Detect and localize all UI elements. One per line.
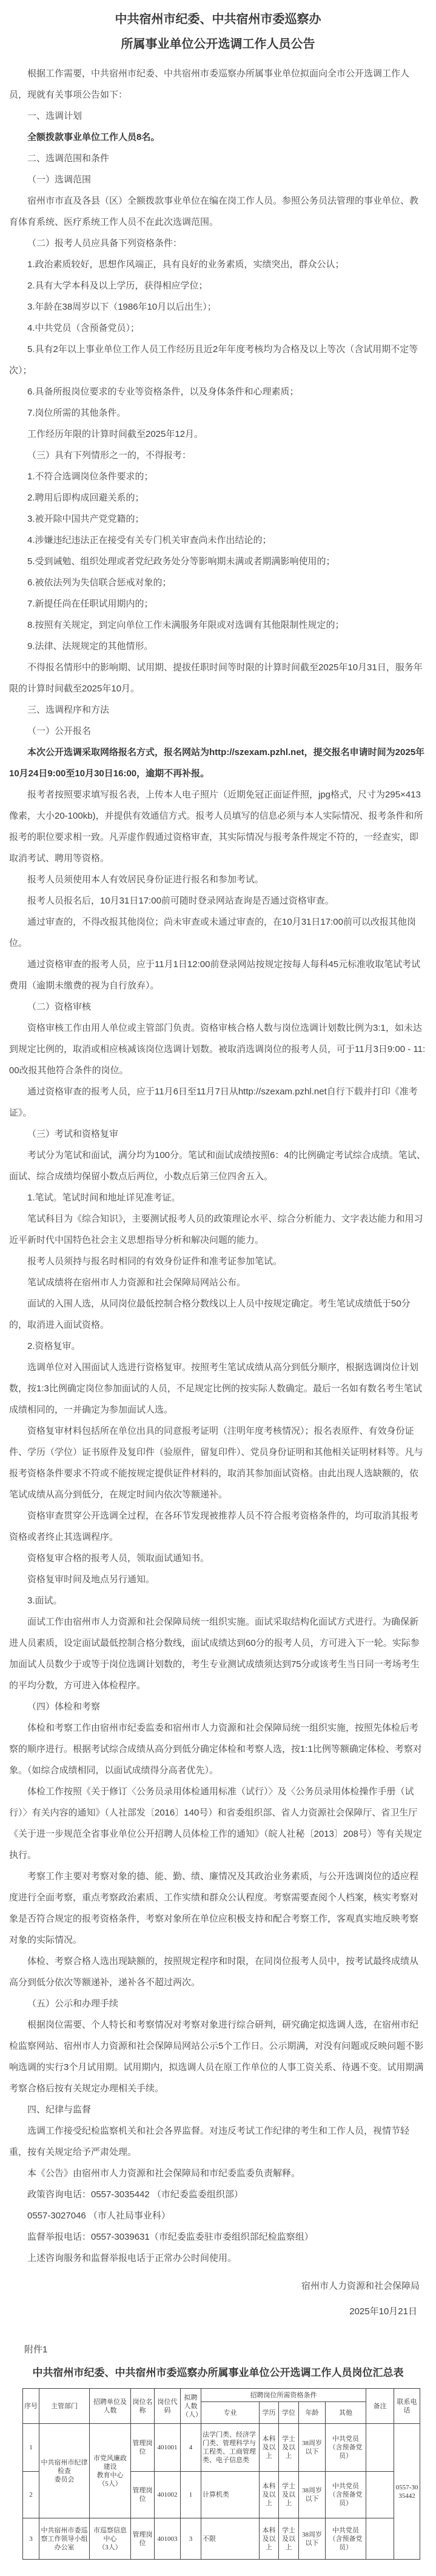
table-cell: 管理岗位 bbox=[131, 2518, 155, 2560]
paragraph: 资格复审时间及地点另行通知。 bbox=[9, 1569, 427, 1590]
paragraph: 资格审查贯穿公开选调全过程，在各环节发现被推荐人员不符合报考资格条件的，均可取消… bbox=[9, 1505, 427, 1548]
attachment-label: 附件1 bbox=[9, 2343, 427, 2355]
paragraph: 上述咨询服务和监督举报电话于正常办公时间使用。 bbox=[9, 2248, 427, 2269]
table-cell: 2 bbox=[23, 2472, 39, 2518]
paragraph: 宿州市市直及各县（区）全额拨款事业单位在编在岗工作人员。参照公务员法管理的事业单… bbox=[9, 190, 427, 233]
positions-table-title: 中共宿州市纪委、中共宿州市委巡察办所属事业单位公开选调工作人员岗位汇总表 bbox=[9, 2365, 427, 2381]
table-cell bbox=[366, 2518, 394, 2560]
table-cell: 中共党员（含预备党员） bbox=[326, 2424, 366, 2472]
table-cell: 中共党员（含预备党员） bbox=[326, 2518, 366, 2560]
table-cell: 本科及以上 bbox=[260, 2518, 279, 2560]
table-cell: 计算机类 bbox=[201, 2472, 260, 2518]
paragraph: 报考人员须使用本人有效居民身份证进行报名和参加考试。 bbox=[9, 869, 427, 890]
paragraph: （二）资格审核 bbox=[9, 996, 427, 1017]
table-cell: 38周岁以下 bbox=[299, 2472, 326, 2518]
paragraph: 5.受到诫勉、组织处理或者党纪政务处分等影响期未满或者期满影响使用的； bbox=[9, 551, 427, 572]
table-cell: 1 bbox=[181, 2472, 201, 2518]
col-header-degree: 学位 bbox=[279, 2402, 299, 2424]
col-header-post-code: 岗位代码 bbox=[155, 2389, 181, 2424]
paragraph: 2.资格复审。 bbox=[9, 1336, 427, 1357]
table-cell: 4 bbox=[181, 2424, 201, 2472]
table-cell: 本科及以上 bbox=[260, 2424, 279, 2472]
paragraph: 3.年龄在38周岁以下（1986年10月以后出生）； bbox=[9, 296, 427, 318]
paragraph: 报考人员须持与报名时相同的有效身份证件和准考证参加笔试。 bbox=[9, 1251, 427, 1272]
table-cell: 401001 bbox=[155, 2424, 181, 2472]
paragraph: 选调工作接受纪检监察机关和社会各界监督。对违反考试工作纪律的考生和工作人员，视情… bbox=[9, 2120, 427, 2163]
positions-table: 序号 主管部门 招聘单位及人数 岗位名称 岗位代码 拟聘人数（人） 招聘岗位所需… bbox=[22, 2388, 420, 2560]
page-title-line1: 中共宿州市纪委、中共宿州市委巡察办 bbox=[115, 13, 321, 26]
table-cell: 38周岁以下 bbox=[299, 2518, 326, 2560]
col-header-remark: 备注 bbox=[366, 2389, 394, 2424]
paragraph: 3.面试。 bbox=[9, 1590, 427, 1611]
paragraph: 不得报名情形中的影响期、试用期、提拔任职时间等时限的计算时间截至2025年10月… bbox=[9, 657, 427, 699]
col-header-dept: 主管部门 bbox=[39, 2389, 90, 2424]
paragraph: 8.按照有关规定，到定向单位工作未满服务年限或对选调有其他限制性规定的； bbox=[9, 614, 427, 636]
table-cell: 学士及以上 bbox=[279, 2472, 299, 2518]
paragraph: 报考者按照要求填写报名表，上传本人电子照片（近期免冠正面证件照，jpg格式，尺寸… bbox=[9, 784, 427, 869]
paragraph: 6.具备所报岗位要求的专业等资格条件，以及身体条件和心理素质； bbox=[9, 381, 427, 402]
paragraph: 二、选调范围和条件 bbox=[9, 148, 427, 169]
table-cell: 中共宿州市委巡察工作领导小组办公室 bbox=[39, 2518, 90, 2560]
table-cell: 学士及以上 bbox=[279, 2424, 299, 2472]
paragraph: 通过资格审查的报考人员，应于11月1日12:00前登录网站按规定按每人每科45元… bbox=[9, 954, 427, 996]
paragraph: 三、选调程序和方法 bbox=[9, 699, 427, 721]
table-cell: 中共党员（含预备党员） bbox=[326, 2472, 366, 2518]
paragraph: 根据岗位需要、个人特长和考察情况对考察对象进行综合研判，研究确定拟选调人选，在宿… bbox=[9, 2014, 427, 2099]
paragraph: 4.中共党员（含预备党员）； bbox=[9, 318, 427, 339]
table-cell bbox=[366, 2472, 394, 2518]
paragraph: 本次公开选调采取网络报名方式，报名网站为http://szexam.pzhl.n… bbox=[9, 742, 427, 784]
table-cell: 0557-3035442 bbox=[394, 2424, 420, 2560]
table-cell: 38周岁以下 bbox=[299, 2424, 326, 2472]
col-header-unit: 招聘单位及人数 bbox=[90, 2389, 131, 2424]
paragraph: 5.具有2年以上事业单位工作人员工作经历且近2年年度考核均为合格及以上等次（含试… bbox=[9, 339, 427, 381]
paragraph: 面试工作由宿州市人力资源和社会保障局统一组织实施。面试采取结构化面试方式进行。为… bbox=[9, 1611, 427, 1696]
table-row: 3中共宿州市委巡察工作领导小组办公室市巡察信息中心 （3人）管理岗位401003… bbox=[23, 2518, 420, 2560]
paragraph: （五）公示和办理手续 bbox=[9, 1993, 427, 2014]
paragraph: 一、选调计划 bbox=[9, 105, 427, 127]
paragraph: （四）体检和考察 bbox=[9, 1696, 427, 1717]
paragraph: 1.笔试。笔试时间和地址详见准考证。 bbox=[9, 1187, 427, 1208]
table-cell: 市巡察信息中心 （3人） bbox=[90, 2518, 131, 2560]
announcement-page: 中共宿州市纪委、中共宿州市委巡察办 所属事业单位公开选调工作人员公告 根据工作需… bbox=[0, 0, 436, 2576]
table-cell: 本科及以上 bbox=[260, 2472, 279, 2518]
paragraph: 2.具有大学本科及以上学历，获得相应学位； bbox=[9, 275, 427, 296]
paragraph: 选调单位对入围面试人选进行资格复审。按照考生笔试成绩从高分到低分顺序，根据选调岗… bbox=[9, 1357, 427, 1420]
table-cell: 401002 bbox=[155, 2472, 181, 2518]
table-cell: 中共宿州市纪律检查 委员会 bbox=[39, 2424, 90, 2518]
table-cell: 管理岗位 bbox=[131, 2424, 155, 2472]
paragraph: （一）选调范围 bbox=[9, 169, 427, 190]
table-cell: 401003 bbox=[155, 2518, 181, 2560]
table-cell: 法学门类、经济学门类、管理科学与工程类、工商管理类、电子信息类 bbox=[201, 2424, 260, 2472]
paragraph: 工作经历年限的计算时间截至2025年12月。 bbox=[9, 424, 427, 445]
table-cell: 管理岗位 bbox=[131, 2472, 155, 2518]
paragraph: 考察工作主要对考察对象的德、能、勤、绩、廉情况及其政治业务素质，与公开选调岗位的… bbox=[9, 1866, 427, 1951]
col-header-seq: 序号 bbox=[23, 2389, 39, 2424]
table-cell: 市党风廉政建设 教育中心 （5人） bbox=[90, 2424, 131, 2518]
paragraph: 政策咨询电话：0557-3035442 （市纪委监委组织部） bbox=[9, 2184, 427, 2205]
paragraph: 笔试成绩将在宿州市人力资源和社会保障局网站公布。 bbox=[9, 1272, 427, 1293]
page-title-line2: 所属事业单位公开选调工作人员公告 bbox=[121, 38, 315, 51]
paragraph: 体检、考察合格人选出现缺额的，按照规定程序和时限，在同岗位报考人员中，按考试最终… bbox=[9, 1951, 427, 1993]
paragraph: （一）公开报名 bbox=[9, 721, 427, 742]
col-header-education: 学历 bbox=[260, 2402, 279, 2424]
paragraph: 7.新提任尚在任职试用期内的； bbox=[9, 593, 427, 614]
paragraph: 全额拨款事业单位工作人员8名。 bbox=[9, 127, 427, 148]
paragraph: 7.岗位所需的其他条件。 bbox=[9, 402, 427, 424]
signature-org: 宿州市人力资源和社会保障局 bbox=[9, 2274, 427, 2299]
table-cell: 不限 bbox=[201, 2518, 260, 2560]
paragraph: 6.被依法列为失信联合惩戒对象的； bbox=[9, 572, 427, 593]
col-header-phone: 联系电话 bbox=[394, 2389, 420, 2424]
paragraph: 资格复审材料包括所在单位出具的同意报考证明（注明年度考核情况）；报名表原件、有效… bbox=[9, 1420, 427, 1505]
table-cell: 3 bbox=[181, 2518, 201, 2560]
table-row: 1中共宿州市纪律检查 委员会市党风廉政建设 教育中心 （5人）管理岗位40100… bbox=[23, 2424, 420, 2472]
paragraph: 通过审查的，不得改报其他岗位；尚未审查或未通过审查的，在10月31日17:00前… bbox=[9, 911, 427, 954]
paragraph: 体检工作按照《关于修订〈公务员录用体检通用标准（试行）〉及〈公务员录用体检操作手… bbox=[9, 1781, 427, 1866]
paragraph: 体检和考察工作由宿州市纪委监委和宿州市人力资源和社会保障局统一组织实施，按照先体… bbox=[9, 1717, 427, 1781]
paragraph: 面试的入围人选，从同岗位最低控制合格分数线以上人员中按规定确定。考生笔试成绩低于… bbox=[9, 1293, 427, 1336]
table-cell: 1 bbox=[23, 2424, 39, 2472]
paragraph: 本《公告》由宿州市人力资源和社会保障局和市纪委监委负责解释。 bbox=[9, 2163, 427, 2184]
table-cell: 3 bbox=[23, 2518, 39, 2560]
paragraph: 考试分为笔试和面试，满分均为100分。笔试和面试成绩按照6：4的比例确定考试综合… bbox=[9, 1145, 427, 1187]
table-cell: 学士及以上 bbox=[279, 2518, 299, 2560]
paragraph: 笔试科目为《综合知识》，主要测试报考人员的政策理论水平、综合分析能力、文字表达能… bbox=[9, 1208, 427, 1251]
paragraph: 报考人员报名后，10月31日17:00前可随时登录网站查询是否通过资格审查。 bbox=[9, 890, 427, 911]
paragraph: （三）具有下列情形之一的，不得报考： bbox=[9, 445, 427, 466]
col-header-headcount: 拟聘人数（人） bbox=[181, 2389, 201, 2424]
paragraph: 2.聘用后即构成回避关系的； bbox=[9, 487, 427, 508]
paragraph: 通过资格审查的报考人员，应于11月6日至11月7日从http://szexam.… bbox=[9, 1081, 427, 1123]
paragraph: （二）报考人员应具备下列资格条件： bbox=[9, 233, 427, 254]
paragraph: 1.不符合选调岗位条件要求的； bbox=[9, 466, 427, 487]
paragraph: （三）考试和资格复审 bbox=[9, 1123, 427, 1145]
signature-date: 2025年10月21日 bbox=[9, 2299, 427, 2325]
col-header-age: 年龄 bbox=[299, 2402, 326, 2424]
paragraph: 0557-3027046 （市人社局事业科） bbox=[9, 2205, 427, 2226]
table-cell bbox=[366, 2424, 394, 2472]
positions-table-body: 1中共宿州市纪律检查 委员会市党风廉政建设 教育中心 （5人）管理岗位40100… bbox=[23, 2424, 420, 2560]
announcement-body: 根据工作需要，中共宿州市纪委、中共宿州市委巡察办所属事业单位拟面向全市公开选调工… bbox=[9, 63, 427, 2269]
paragraph: 根据工作需要，中共宿州市纪委、中共宿州市委巡察办所属事业单位拟面向全市公开选调工… bbox=[9, 63, 427, 105]
col-header-post-name: 岗位名称 bbox=[131, 2389, 155, 2424]
paragraph: 资格审核工作由用人单位或主管部门负责。资格审核合格人数与岗位选调计划数比例为3:… bbox=[9, 1017, 427, 1081]
page-title: 中共宿州市纪委、中共宿州市委巡察办 所属事业单位公开选调工作人员公告 bbox=[9, 7, 427, 57]
paragraph: 4.涉嫌违纪违法正在接受有关专门机关审查尚未作出结论的； bbox=[9, 530, 427, 551]
paragraph: 监督举报电话：0557-3039631（市纪委监委驻市委组织部纪检监察组） bbox=[9, 2226, 427, 2248]
paragraph: 9.法律、法规规定的其他情形。 bbox=[9, 636, 427, 657]
paragraph: 3.被开除中国共产党党籍的； bbox=[9, 508, 427, 530]
paragraph: 1.政治素质较好，思想作风端正，具有良好的业务素质，实绩突出，群众公认； bbox=[9, 254, 427, 275]
paragraph: 四、纪律与监督 bbox=[9, 2099, 427, 2120]
col-header-qualifications: 招聘岗位所需资格条件 bbox=[201, 2389, 366, 2402]
col-header-other: 其他 bbox=[326, 2402, 366, 2424]
paragraph: 资格复审合格的报考人员，领取面试通知书。 bbox=[9, 1548, 427, 1569]
col-header-major: 专业 bbox=[201, 2402, 260, 2424]
